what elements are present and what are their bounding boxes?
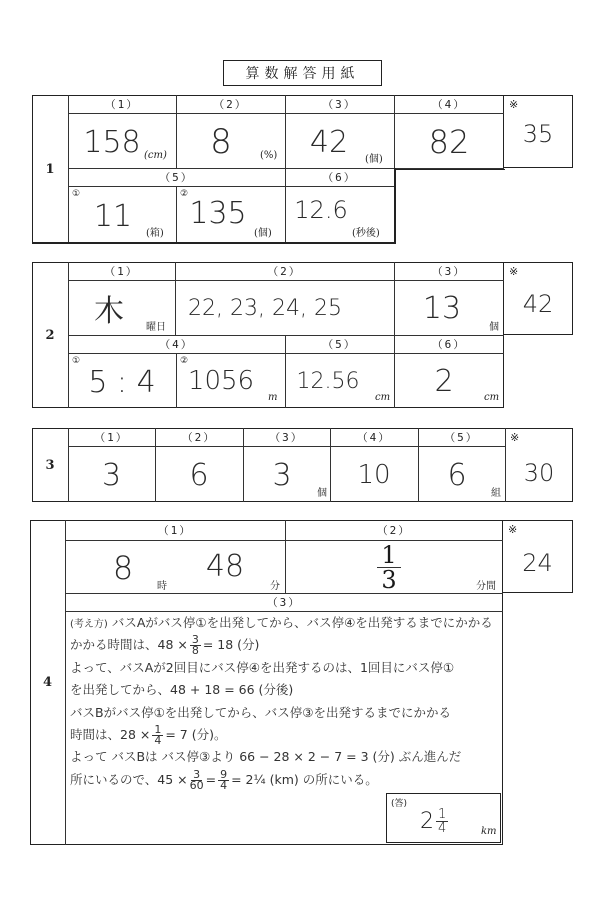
answer-field[interactable]: 12.6 — [285, 186, 357, 234]
question-header: （3） — [243, 428, 330, 446]
question-header: （1） — [68, 428, 155, 446]
unit-label: cm — [375, 392, 390, 403]
question-header: （1） — [68, 262, 175, 280]
answer-field[interactable]: 1056 — [176, 356, 266, 406]
solution-line: よって バスBは バス停③より 66 − 28 × 2 − 7 = 3 (分) … — [70, 746, 500, 768]
unit-label: 分 — [270, 577, 280, 592]
unit-label: 個 — [317, 484, 327, 499]
score-mark: ※ — [510, 431, 519, 444]
section-score: 35 — [503, 112, 573, 156]
question-header: （1） — [68, 95, 176, 113]
answer-field[interactable]: 158 — [68, 116, 156, 168]
final-answer-label: (答) — [391, 796, 407, 809]
unit-label: cm — [484, 392, 499, 403]
question-header: （4） — [330, 428, 418, 446]
unit-label: (cm) — [144, 150, 167, 161]
answer-field[interactable]: 82 — [394, 116, 504, 168]
answer-field[interactable]: 22, 23, 24, 25 — [175, 282, 355, 334]
score-mark: ※ — [509, 98, 518, 111]
section-number: 1 — [32, 95, 68, 243]
solution-line: (考え方)バスAがバス停①を出発してから、バス停④を出発するまでにかかる — [70, 612, 500, 634]
section-number: 2 — [32, 262, 68, 408]
solution-work-area[interactable]: (考え方)バスAがバス停①を出発してから、バス停④を出発するまでにかかる かかる… — [70, 612, 500, 791]
answer-field[interactable]: 3 — [243, 448, 321, 502]
solution-line: 所にいるので、45 ×360=94= 2¼ (km) の所にいる。 — [70, 769, 500, 791]
section-score: 30 — [505, 448, 573, 498]
question-header: （5） — [68, 168, 285, 186]
question-header: （2） — [155, 428, 243, 446]
question-header: （5） — [418, 428, 505, 446]
question-header: （2） — [285, 520, 503, 540]
page-title: 算数解答用紙 — [223, 60, 382, 86]
answer-field[interactable]: 135 — [176, 188, 260, 238]
answer-field[interactable]: 42 — [285, 116, 373, 168]
section-number: 3 — [32, 428, 68, 502]
question-header: （3） — [394, 262, 504, 280]
answer-minutes[interactable]: 48 — [190, 543, 260, 589]
unit-label: 分間 — [476, 577, 496, 592]
answer-field[interactable]: 11 — [68, 190, 158, 242]
question-header: （2） — [175, 262, 394, 280]
question-header: （1） — [65, 520, 285, 540]
solution-line: バスBがバス停①を出発してから、バス停③を出発するまでにかかる — [70, 702, 500, 724]
score-mark: ※ — [508, 523, 517, 536]
question-header: （4） — [394, 95, 504, 113]
answer-field[interactable]: 8 — [176, 116, 266, 168]
question-header: （6） — [394, 335, 504, 353]
question-header: （3） — [65, 593, 503, 611]
unit-label: (秒後) — [352, 224, 380, 239]
question-header: （4） — [68, 335, 285, 353]
unit-label: 曜日 — [146, 318, 166, 333]
final-answer-value[interactable]: 2 14 — [420, 803, 450, 839]
solution-line: 時間は、28 ×14= 7 (分)。 — [70, 724, 500, 746]
section-number: 4 — [30, 520, 65, 845]
answer-field[interactable]: 3 — [68, 448, 155, 502]
answer-fraction[interactable]: 1 3 — [374, 542, 404, 592]
answer-field[interactable]: 6 — [418, 448, 496, 502]
numerator: 1 — [377, 543, 400, 568]
answer-field[interactable]: 6 — [155, 448, 243, 502]
unit-label: (箱) — [146, 224, 164, 239]
unit-label: (個) — [365, 150, 383, 165]
score-mark: ※ — [509, 265, 518, 278]
unit-label: 組 — [491, 484, 501, 499]
unit-label: 時 — [157, 577, 167, 592]
unit-label: m — [268, 392, 277, 403]
section-score: 24 — [502, 540, 573, 586]
answer-hours[interactable]: 8 — [100, 543, 146, 593]
unit-label: (個) — [254, 224, 272, 239]
denominator: 3 — [381, 568, 396, 592]
section-score: 42 — [503, 282, 573, 326]
unit-label: (%) — [260, 150, 277, 161]
question-header: （6） — [285, 168, 394, 186]
answer-field[interactable]: 5 : 4 — [68, 356, 176, 408]
question-header: （2） — [176, 95, 285, 113]
solution-line: よって、バスAが2回目にバス停④を出発するのは、1回目にバス停① — [70, 657, 500, 679]
answer-field[interactable]: 12.56 — [285, 356, 371, 406]
solution-line: を出発してから、48 + 18 = 66 (分後) — [70, 679, 500, 701]
answer-field[interactable]: 2 — [394, 356, 494, 406]
unit-label: 個 — [489, 318, 499, 333]
answer-field[interactable]: 13 — [394, 282, 490, 334]
answer-field[interactable]: 10 — [330, 448, 418, 502]
question-header: （5） — [285, 335, 394, 353]
solution-line: かかる時間は、48 ×38= 18 (分) — [70, 634, 500, 656]
question-header: （3） — [285, 95, 394, 113]
unit-label: km — [481, 826, 497, 837]
answer-field[interactable]: 木 — [68, 282, 150, 334]
